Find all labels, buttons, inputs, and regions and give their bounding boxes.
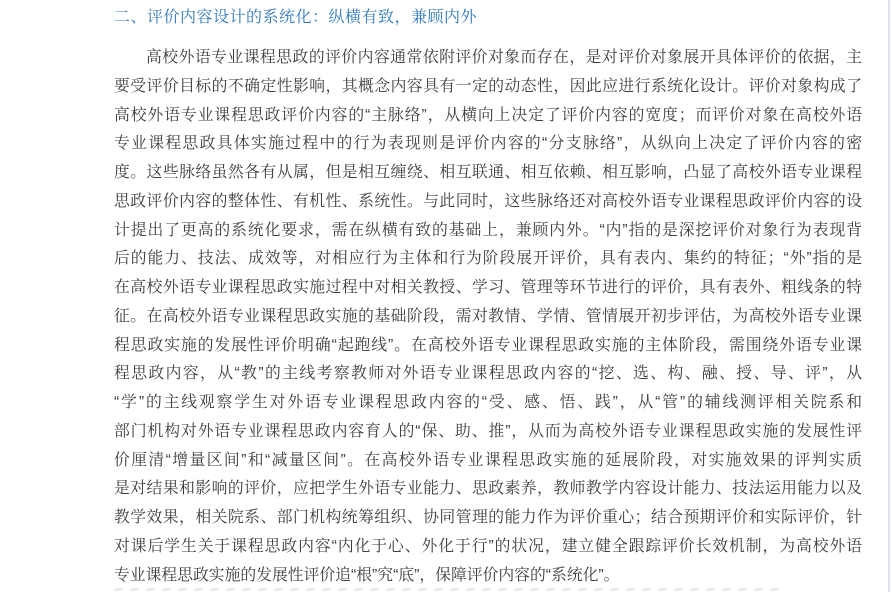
text-line: 教学效果，相关院系、部门机构统筹组织、协同管理的能力作为评价重心；结合预期评价和… xyxy=(114,504,862,533)
text-line: 征。在高校外语专业课程思政实施的基础阶段，需对教情、学情、管情展开初步评估，为高… xyxy=(114,303,862,332)
text-line: 要受评价目标的不确定性影响，其概念内容具有一定的动态性，因此应进行系统化设计。评… xyxy=(114,73,862,102)
text-line: 高校外语专业课程思政的评价内容通常依附评价对象而存在，是对评价对象展开具体评价的… xyxy=(114,44,862,73)
text-line: 度。这些脉络虽然各有从属，但是相互缠绕、相互联通、相互依赖、相互影响，凸显了高校… xyxy=(114,159,862,188)
text-line: 专业课程思政实施的发展性评价追“根”究“底”，保障评价内容的“系统化”。 xyxy=(114,562,862,591)
text-line: 后的能力、技法、成效等，对相应行为主体和行为阶段展开评价，具有表内、集约的特征；… xyxy=(114,245,862,274)
text-line: 程思政实施的发展性评价明确“起跑线”。在高校外语专业课程思政实施的主体阶段，需围… xyxy=(114,332,862,361)
page-right-border xyxy=(888,0,890,592)
text-line: 高校外语专业课程思政评价内容的“主脉络”，从横向上决定了评价内容的宽度；而评价对… xyxy=(114,102,862,131)
text-line: 价厘清“增量区间”和“减量区间”。在高校外语专业课程思政实施的延展阶段，对实施效… xyxy=(114,447,862,476)
text-line: 专业课程思政具体实施过程中的行为表现则是评价内容的“分支脉络”，从纵向上决定了评… xyxy=(114,130,862,159)
text-line: 对课后学生关于课程思政内容“内化于心、外化于行”的状况，建立健全跟踪评价长效机制… xyxy=(114,533,862,562)
text-line: 计提出了更高的系统化要求，需在纵横有致的基础上，兼顾内外。“内”指的是深挖评价对… xyxy=(114,217,862,246)
text-line: “学”的主线观察学生对外语专业课程思政内容的“受、感、悟、践”，从“管”的辅线测… xyxy=(114,389,862,418)
document-content: 二、评价内容设计的系统化：纵横有致，兼顾内外 高校外语专业课程思政的评价内容通常… xyxy=(114,6,862,590)
document-page: 二、评价内容设计的系统化：纵横有致，兼顾内外 高校外语专业课程思政的评价内容通常… xyxy=(0,0,892,592)
text-line: 在高校外语专业课程思政实施过程中对相关教授、学习、管理等环节进行的评价，具有表外… xyxy=(114,274,862,303)
body-paragraph: 高校外语专业课程思政的评价内容通常依附评价对象而存在，是对评价对象展开具体评价的… xyxy=(114,44,862,590)
text-line: 是对结果和影响的评价，应把学生外语专业能力、思政素养，教师教学内容设计能力、技法… xyxy=(114,475,862,504)
clipped-next-line xyxy=(114,588,786,591)
text-line: 部门机构对外语专业课程思政内容育人的“保、助、推”，从而为高校外语专业课程思政实… xyxy=(114,418,862,447)
text-line: 程思政内容，从“教”的主线考察教师对外语专业课程思政内容的“挖、选、构、融、授、… xyxy=(114,360,862,389)
section-heading: 二、评价内容设计的系统化：纵横有致，兼顾内外 xyxy=(114,6,862,30)
text-line: 思政评价内容的整体性、有机性、系统性。与此同时，这些脉络还对高校外语专业课程思政… xyxy=(114,188,862,217)
